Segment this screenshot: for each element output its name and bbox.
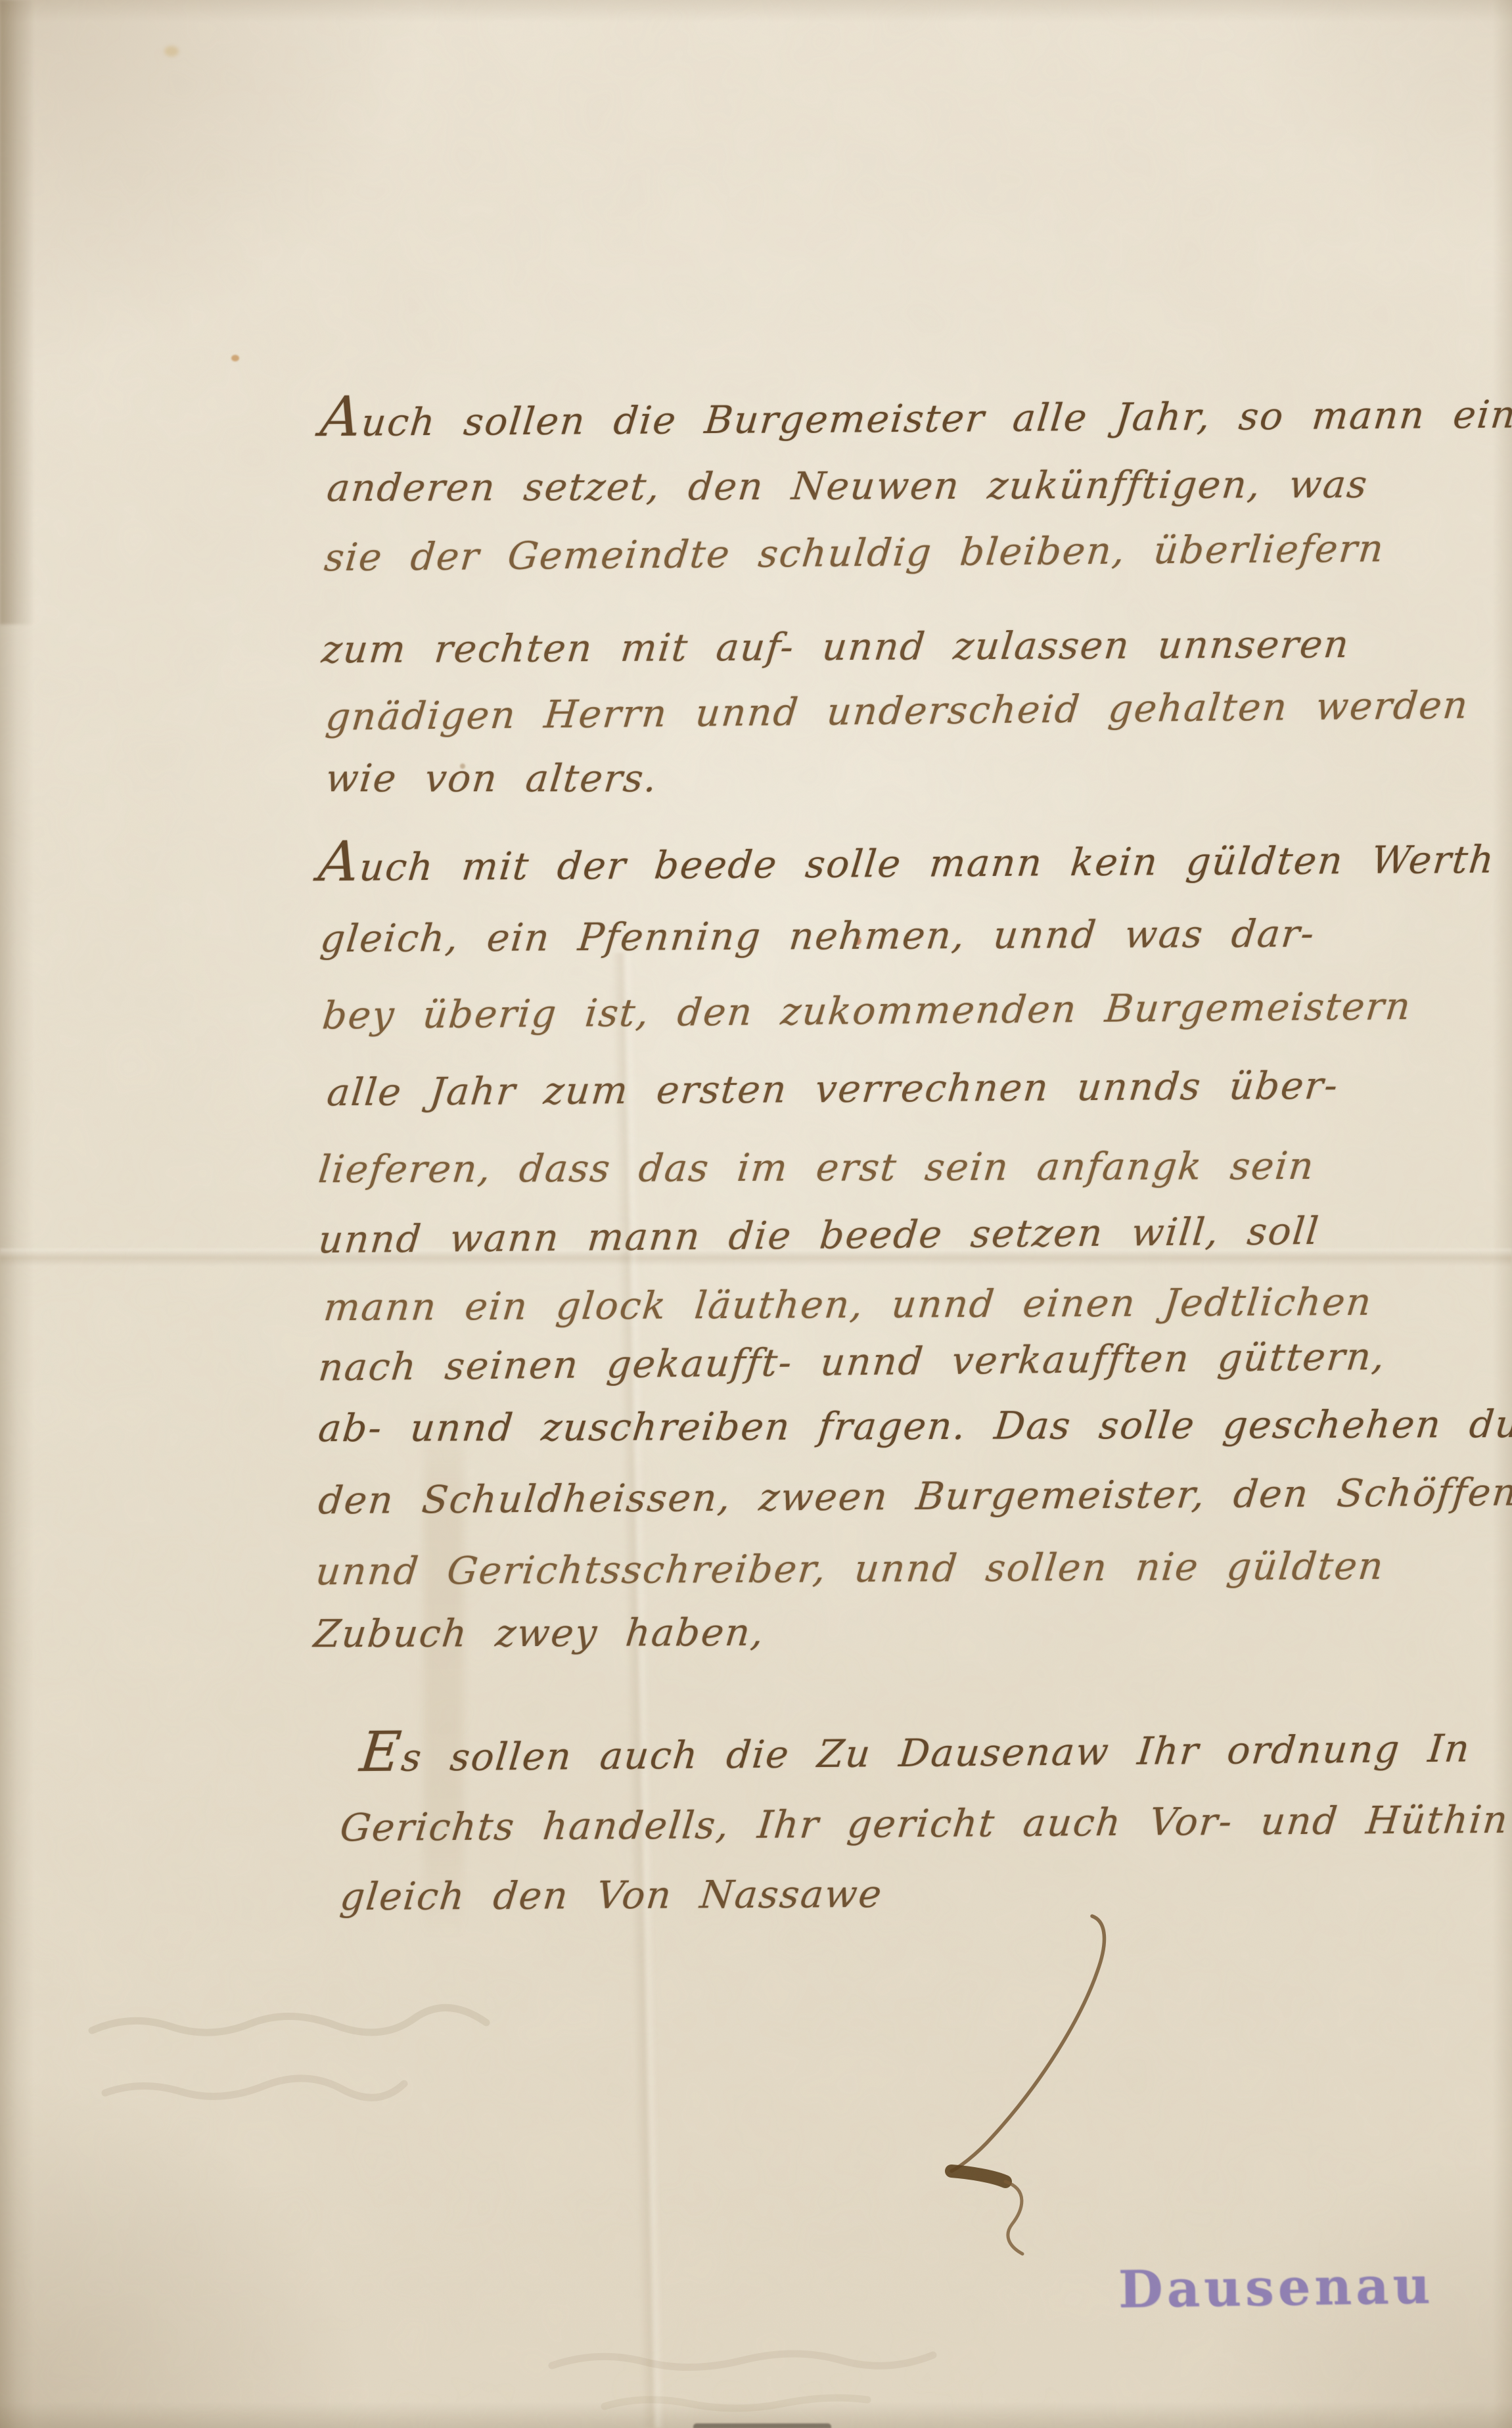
manuscript-line: lieferen, dass das im erst sein anfangk … bbox=[316, 1142, 1317, 1193]
manuscript-line: den Schuldheissen, zween Burgemeister, d… bbox=[316, 1468, 1512, 1524]
manuscript-line: gleich den Von Nassawe bbox=[338, 1870, 884, 1920]
dausenau-stamp: Dausenau bbox=[1118, 2256, 1434, 2320]
manuscript-line: nach seinen gekaufft- unnd verkaufften g… bbox=[317, 1333, 1388, 1391]
manuscript-line: mann ein glock läuthen, unnd einen Jedtl… bbox=[321, 1278, 1374, 1331]
manuscript-line: unnd Gerichtsschreiber, unnd sollen nie … bbox=[313, 1542, 1386, 1595]
manuscript-line: Auch mit der beede solle mann kein güldt… bbox=[316, 830, 1498, 891]
manuscript-line: alle Jahr zum ersten verrechnen unnds üb… bbox=[325, 1061, 1340, 1116]
paper-edge-damage bbox=[0, 0, 46, 624]
manuscript-line: zum rechten mit auf- unnd zulassen unnse… bbox=[319, 620, 1352, 673]
signature-flourish bbox=[951, 1916, 1104, 2254]
manuscript-line: bey überig ist, den zukommenden Burgemei… bbox=[321, 982, 1414, 1039]
manuscript-line: gleich, ein Pfenning nehmen, unnd was da… bbox=[318, 909, 1317, 962]
manuscript-line: Auch sollen die Burgemeister alle Jahr, … bbox=[318, 384, 1512, 446]
manuscript-line: anderen setzet, den Neuwen zukünfftigen,… bbox=[325, 460, 1370, 511]
yellow-stain bbox=[164, 46, 179, 57]
manuscript-line: Gerichts handells, Ihr gericht auch Vor-… bbox=[338, 1796, 1511, 1851]
manuscript-line: ab- unnd zuschreiben fragen. Das solle g… bbox=[316, 1400, 1512, 1452]
manuscript-line: sie der Gemeindte schuldig bleiben, über… bbox=[323, 524, 1387, 581]
manuscript-page: Auch sollen die Burgemeister alle Jahr, … bbox=[0, 0, 1512, 2428]
bleedthrough-marks bbox=[92, 2007, 933, 2408]
manuscript-line: Es sollen auch die Zu Dausenaw Ihr ordnu… bbox=[357, 1718, 1473, 1781]
scan-edge-notch bbox=[693, 2423, 831, 2428]
rust-speck bbox=[231, 355, 239, 361]
manuscript-line: unnd wann mann die beede setzen will, so… bbox=[317, 1207, 1322, 1263]
manuscript-line: Zubuch zwey haben, bbox=[311, 1609, 767, 1657]
manuscript-line: wie von alters. bbox=[323, 754, 660, 802]
manuscript-line: gnädigen Herrn unnd underscheid gehalten… bbox=[324, 681, 1471, 741]
